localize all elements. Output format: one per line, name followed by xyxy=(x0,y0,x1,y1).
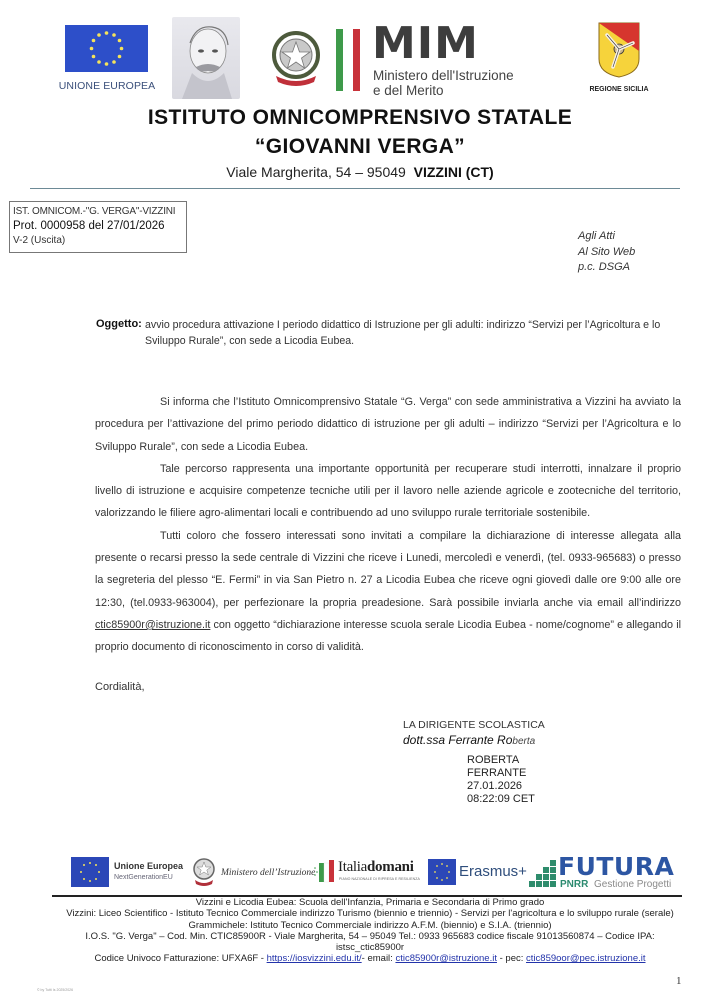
regione-sicilia-shield xyxy=(597,21,641,79)
signature-role: LA DIRIGENTE SCOLASTICA xyxy=(403,719,545,731)
footer-italiadomani-logo: Italiadomani xyxy=(338,859,414,876)
stamp-line: ROBERTA xyxy=(467,754,535,767)
footer-futura-logo: FUTURA xyxy=(558,854,674,880)
protocol-stamp: IST. OMNICOM.-"G. VERGA"-VIZZINI Prot. 0… xyxy=(9,201,187,253)
eu-stars-icon xyxy=(71,857,109,887)
stamp-line: FERRANTE xyxy=(467,767,535,780)
body-paragraph: Si informa che l’Istituto Omnicomprensiv… xyxy=(95,391,681,458)
footer-italiadomani-flag xyxy=(313,860,335,884)
footer-line: istsc_ctic85900r xyxy=(0,942,720,953)
page-number: 1 xyxy=(676,975,682,987)
eu-flag-logo xyxy=(65,25,148,72)
stamp-line: 08:22:09 CET xyxy=(467,793,535,806)
footer-ministry-name: Ministero dell’Istruzione xyxy=(221,868,315,878)
stamp-line: 27.01.2026 xyxy=(467,780,535,793)
tricolor-icon xyxy=(336,29,360,91)
footer-pnrr-label: PNRR xyxy=(560,879,588,890)
signature-name: dott.ssa Ferrante Roberta xyxy=(403,733,535,747)
recipient-item: Agli Atti xyxy=(578,229,635,245)
footer-erasmus-label: Erasmus+ xyxy=(459,863,527,880)
giovanni-verga-portrait xyxy=(172,17,240,99)
regione-sicilia-label: REGIONE SICILIA xyxy=(583,86,655,93)
protocol-institute: IST. OMNICOM.-"G. VERGA"-VIZZINI xyxy=(13,205,183,219)
footer-eu-title: Unione Europea xyxy=(114,861,183,871)
footer-eu-subtitle: NextGenerationEU xyxy=(114,874,173,881)
footer-italiadomani-subtitle: PIANO NAZIONALE DI RIPRESA E RESILIENZA xyxy=(339,877,420,881)
email-label: - email: xyxy=(362,953,396,964)
digital-signature-stamp: ROBERTA FERRANTE 27.01.2026 08:22:09 CET xyxy=(467,754,535,806)
letter-body: Si informa che l’Istituto Omnicomprensiv… xyxy=(95,391,681,659)
footer-gestione-label: Gestione Progetti xyxy=(594,879,671,890)
body-paragraph: Tale percorso rappresenta una importante… xyxy=(95,458,681,525)
signature-name-tail: berta xyxy=(512,736,535,747)
footer-futura-blocks xyxy=(529,859,557,889)
header-divider xyxy=(30,188,680,189)
subject-label: Oggetto: xyxy=(96,318,142,330)
protocol-classification: V-2 (Uscita) xyxy=(13,234,183,248)
greeting: Cordialità, xyxy=(95,681,145,693)
tricolor-icon xyxy=(313,860,335,884)
star-emblem-icon xyxy=(192,857,216,887)
footer-line: Vizzini: Liceo Scientifico - Istituto Te… xyxy=(0,908,720,919)
website-link[interactable]: https://iosvizzini.edu.it/ xyxy=(267,953,362,964)
footer-pec-link[interactable]: ctic859oor@pec.istruzione.it xyxy=(526,953,645,964)
pec-label: - pec: xyxy=(497,953,526,964)
billing-code: Codice Univoco Fatturazione: UFXA6F - xyxy=(94,953,266,964)
signature-name-main: dott.ssa Ferrante Ro xyxy=(403,733,512,747)
footer-info: Vizzini e Licodia Eubea: Scuola dell'Inf… xyxy=(0,897,720,965)
school-name: ISTITUTO OMNICOMPRENSIVO STATALE xyxy=(0,106,720,130)
eu-stars-icon xyxy=(428,859,456,885)
italian-flag-bars xyxy=(336,29,360,91)
address-street: Viale Margherita, 54 – 95049 xyxy=(226,164,406,180)
footer-line: Grammichele: Istituto Tecnico Commercial… xyxy=(0,920,720,931)
footer-email-link[interactable]: ctic85900r@istruzione.it xyxy=(395,953,497,964)
footer-line: Codice Univoco Fatturazione: UFXA6F - ht… xyxy=(0,953,720,964)
bar-blocks-icon xyxy=(529,859,557,889)
recipient-item: p.c. DSGA xyxy=(578,260,635,276)
footer-ministry-emblem xyxy=(192,857,216,887)
footer-line: I.O.S. "G. Verga" – Cod. Min. CTIC85900R… xyxy=(0,931,720,942)
school-subtitle: “GIOVANNI VERGA” xyxy=(0,135,720,159)
recipient-item: Al Sito Web xyxy=(578,245,635,261)
protocol-number: Prot. 0000958 del 27/01/2026 xyxy=(13,219,183,234)
email-link[interactable]: ctic85900r@istruzione.it xyxy=(95,619,210,631)
star-emblem-icon xyxy=(268,28,324,90)
school-address: Viale Margherita, 54 – 95049 VIZZINI (CT… xyxy=(0,164,720,180)
eu-stars-icon xyxy=(65,25,148,72)
italian-republic-emblem xyxy=(268,28,324,90)
mim-logo-line1: Ministero dell'Istruzione xyxy=(373,68,514,83)
recipients-list: Agli Atti Al Sito Web p.c. DSGA xyxy=(578,229,635,276)
eu-label: UNIONE EUROPEA xyxy=(58,80,156,92)
italiadomani-part2: domani xyxy=(367,859,414,875)
mim-logo-acronym: MIM xyxy=(372,22,479,66)
body-paragraph: Tutti coloro che fossero interessati son… xyxy=(95,525,681,659)
footer-line: Vizzini e Licodia Eubea: Scuola dell'Inf… xyxy=(0,897,720,908)
trinacria-icon xyxy=(597,21,641,79)
subject-text: avvio procedura attivazione I periodo di… xyxy=(145,318,685,349)
italiadomani-part1: Italia xyxy=(338,859,367,875)
portrait-icon xyxy=(172,17,240,99)
footer-eu-flag xyxy=(71,857,109,887)
footer-erasmus-flag xyxy=(428,859,456,885)
address-city: VIZZINI (CT) xyxy=(414,164,494,180)
body-paragraph-text: Tutti coloro che fossero interessati son… xyxy=(95,530,681,609)
document-code: © by Tutti Is 2025/2026 xyxy=(37,988,73,992)
mim-logo-line2: e del Merito xyxy=(373,83,444,98)
